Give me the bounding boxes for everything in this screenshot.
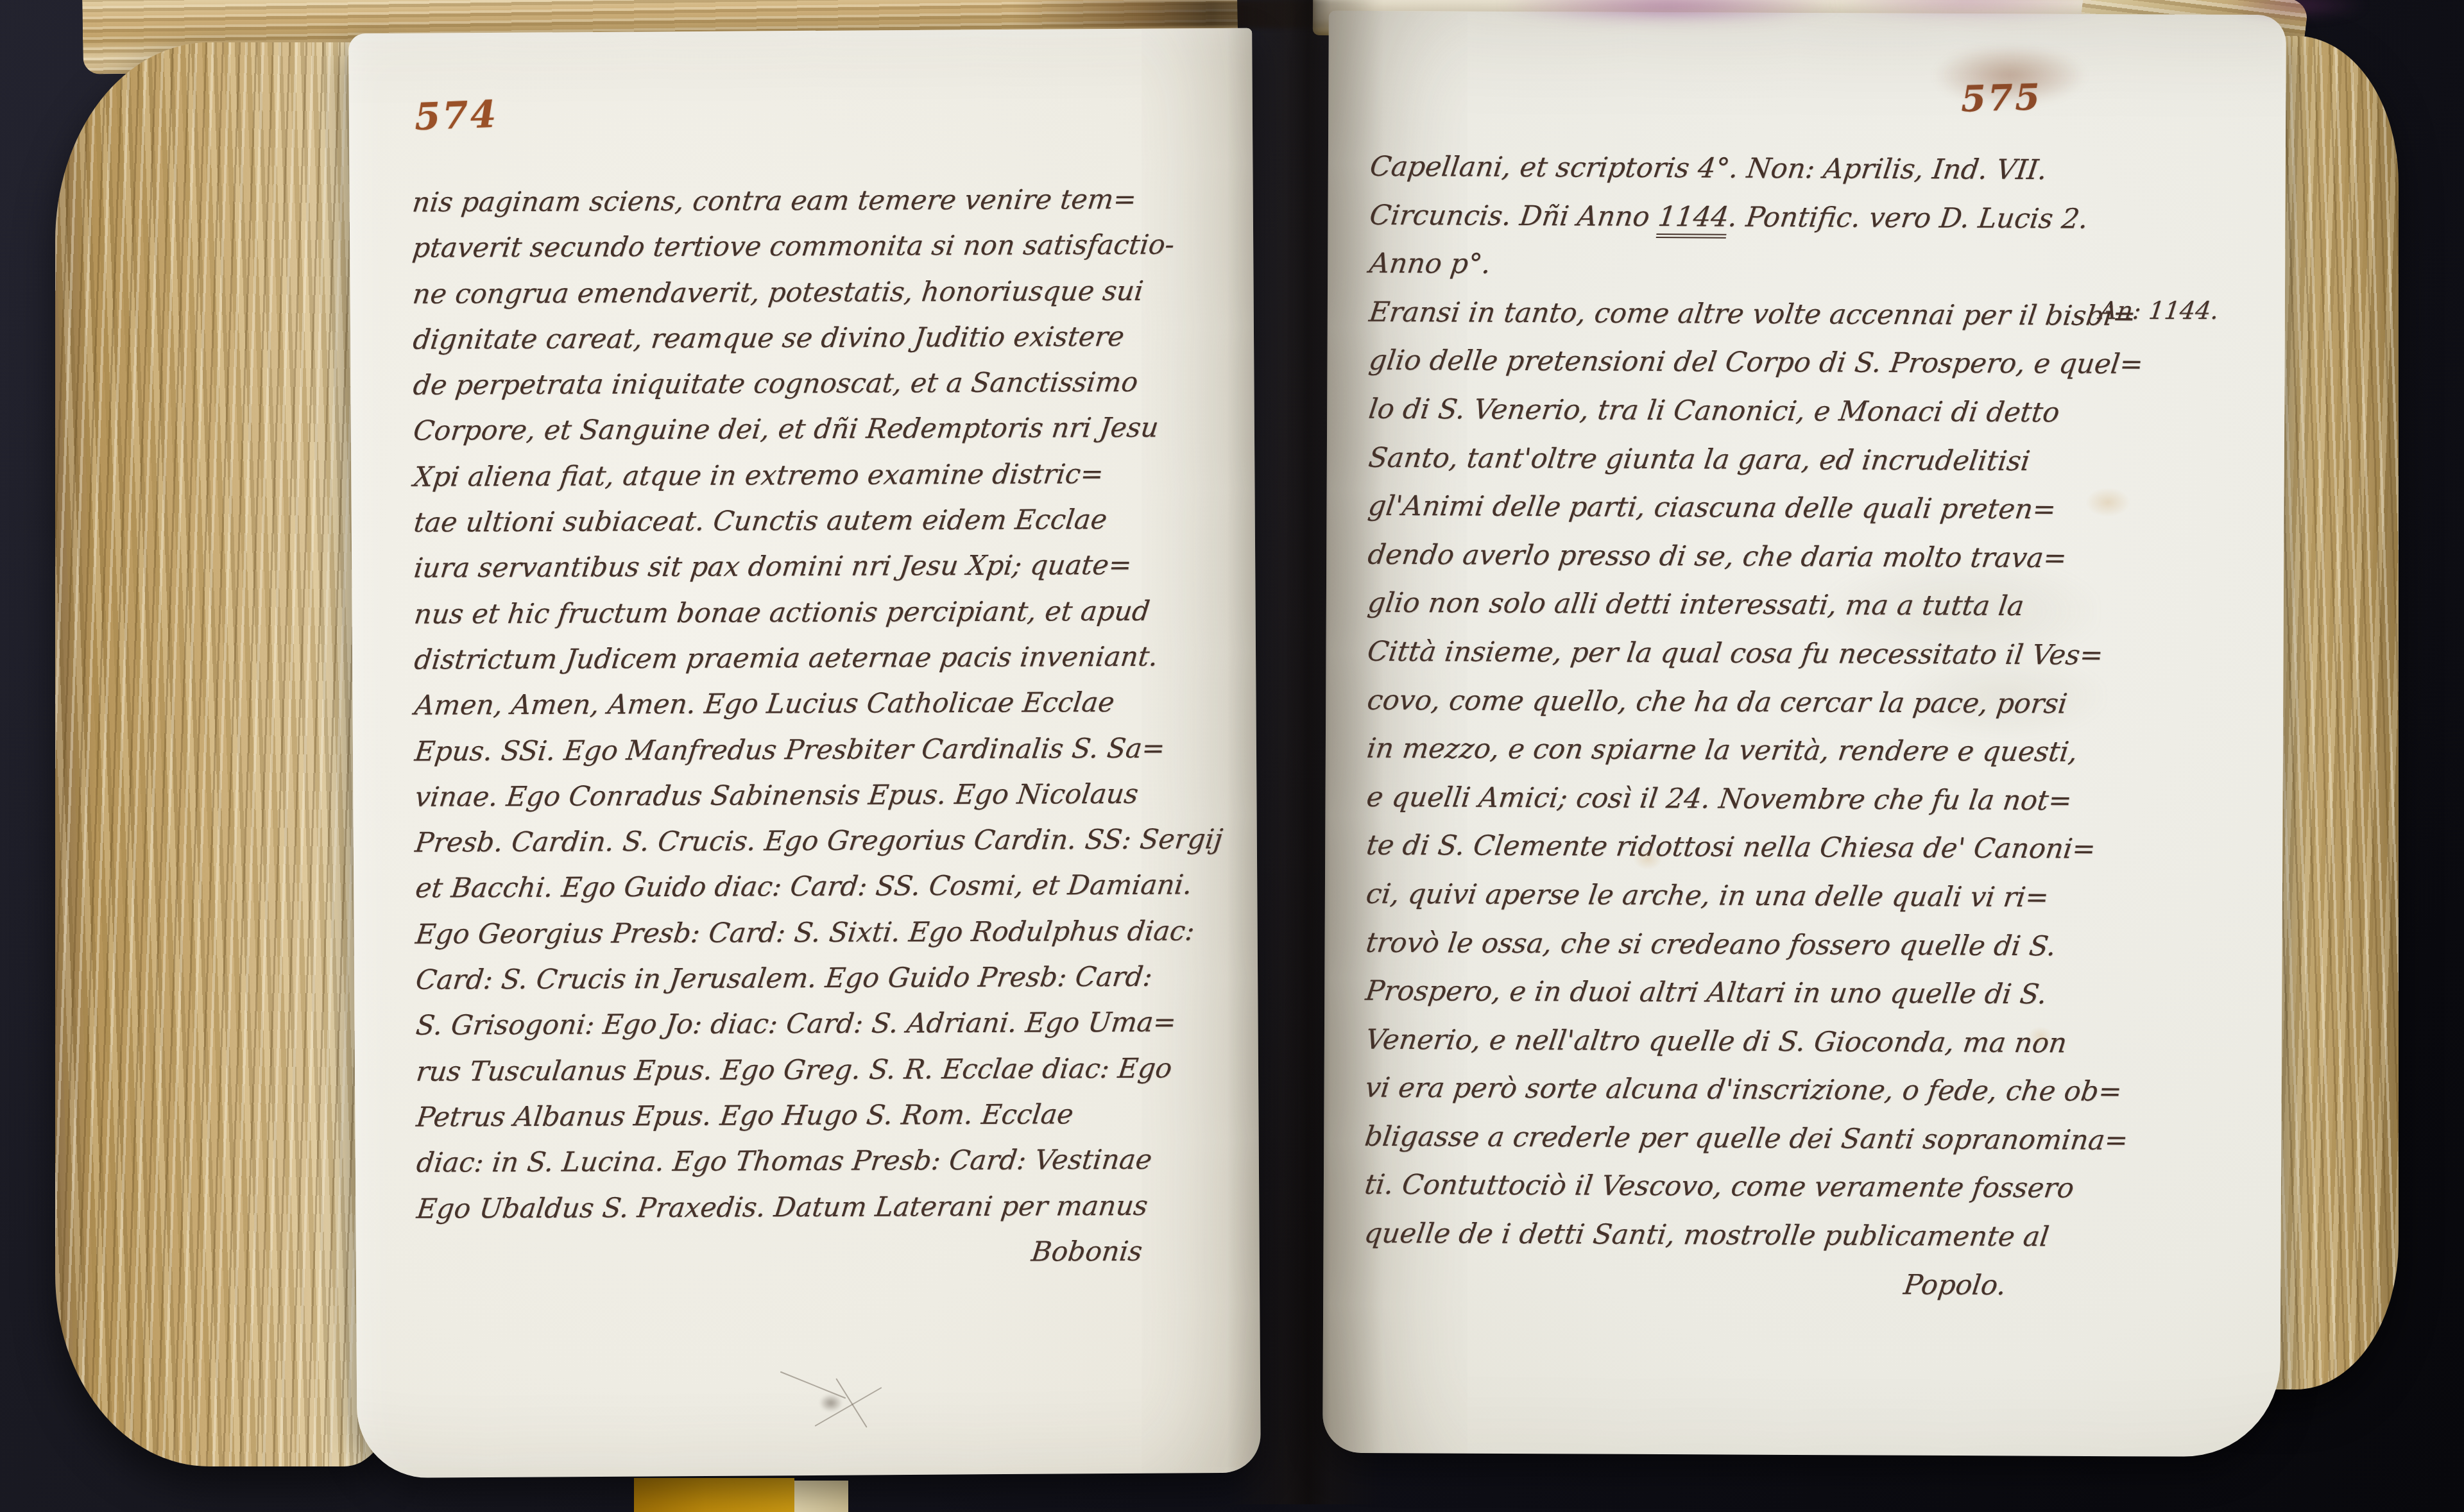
manuscript-line: de perpetrata iniquitate cognoscat, et a… — [411, 359, 1237, 409]
manuscript-line: nis paginam sciens, contra eam temere ve… — [410, 176, 1236, 226]
manuscript-line: trovò le ossa, che si credeano fossero q… — [1363, 919, 2171, 971]
header-date-post: . Pontific. vero D. Lucis 2. — [1727, 201, 2091, 235]
margin-note-year: An: 1144. — [2098, 296, 2220, 325]
manuscript-line: iura servantibus sit pax domini nri Jesu… — [411, 543, 1238, 592]
manuscript-line: in mezzo, e con spiarne la verità, rende… — [1364, 725, 2173, 777]
underlined-year: 1144 — [1656, 201, 1731, 239]
manuscript-line: vinae. Ego Conradus Sabinensis Epus. Ego… — [413, 771, 1239, 820]
right-page-number: 575 — [1960, 76, 2042, 120]
manuscript-book-photo: 574 575 nis paginam sciens, contra eam t… — [0, 0, 2464, 1512]
magenta-smudge — [1495, 0, 1842, 24]
left-page-number: 574 — [414, 92, 499, 139]
manuscript-line: Ego Ubaldus S. Praxedis. Datum Laterani … — [414, 1183, 1240, 1232]
manuscript-line: e quelli Amici; così il 24. Novembre che… — [1364, 773, 2172, 826]
manuscript-line: Eransi in tanto, come altre volte accenn… — [1366, 289, 2175, 341]
manuscript-line: Card: S. Crucis in Jerusalem. Ego Guido … — [413, 954, 1240, 1003]
manuscript-line: covo, come quello, che ha da cercar la p… — [1364, 676, 2173, 729]
book-spine-gap — [1014, 0, 1373, 28]
manuscript-line: gl'Animi delle parti, ciascuna delle qua… — [1365, 482, 2174, 535]
manuscript-line: Anno p°. — [1367, 240, 2175, 293]
manuscript-line: Amen, Amen, Amen. Ego Lucius Catholicae … — [412, 679, 1238, 729]
manuscript-line: Capellani, et scriptoris 4°. Non: Aprili… — [1367, 143, 2175, 196]
manuscript-line: Popolo. — [1361, 1258, 2169, 1311]
manuscript-line: S. Grisogoni: Ego Jo: diac: Card: S. Adr… — [413, 1000, 1240, 1049]
insect-smudge — [803, 1380, 855, 1425]
bookmark-ribbon — [634, 1478, 794, 1512]
manuscript-line: Prospero, e in duoi altri Altari in uno … — [1363, 967, 2171, 1020]
manuscript-line: Ego Georgius Presb: Card: S. Sixti. Ego … — [413, 908, 1240, 958]
manuscript-line: ptaverit secundo tertiove commonita si n… — [410, 222, 1236, 271]
manuscript-line: vi era però sorte alcuna d'inscrizione, … — [1362, 1064, 2171, 1117]
manuscript-line: dignitate careat, reamque se divino Judi… — [411, 314, 1237, 363]
magenta-smudge — [1829, 0, 2105, 19]
manuscript-line: dendo averlo presso di se, che daria mol… — [1365, 531, 2173, 584]
right-page-paragraph: Eransi in tanto, come altre volte accenn… — [1361, 289, 2168, 1311]
manuscript-line: quelle de i detti Santi, mostrolle publi… — [1362, 1210, 2170, 1262]
manuscript-line: districtum Judicem praemia aeternae paci… — [412, 634, 1238, 683]
manuscript-line: Venerio, e nell'altro quelle di S. Gioco… — [1362, 1015, 2171, 1068]
manuscript-line: diac: in S. Lucina. Ego Thomas Presb: Ca… — [414, 1137, 1240, 1186]
header-date-pre: Circuncis. Dñi Anno — [1368, 199, 1661, 232]
bookmark-ribbon-highlight — [794, 1481, 848, 1512]
magenta-smudge — [2227, 0, 2368, 19]
manuscript-line: ti. Contuttociò il Vescovo, come veramen… — [1362, 1161, 2170, 1214]
manuscript-line: Bobonis — [415, 1228, 1241, 1278]
manuscript-line: bligasse a crederle per quelle dei Santi… — [1362, 1113, 2170, 1166]
right-page-text: Capellani, et scriptoris 4°. Non: Aprili… — [1361, 143, 2169, 1311]
book-fore-edge-left — [55, 42, 389, 1466]
manuscript-line: Xpi aliena fiat, atque in extremo examin… — [411, 451, 1237, 500]
manuscript-line: Santo, tant'oltre giunta la gara, ed inc… — [1365, 434, 2174, 486]
manuscript-line: ne congrua emendaverit, potestatis, hono… — [410, 268, 1236, 318]
manuscript-line: Epus. SSi. Ego Manfredus Presbiter Cardi… — [412, 726, 1238, 775]
manuscript-line: Corpore, et Sanguine dei, et dñi Redempt… — [411, 405, 1237, 455]
manuscript-line: glio non solo alli detti interessati, ma… — [1365, 579, 2173, 632]
manuscript-line: ci, quivi aperse le arche, in una delle … — [1363, 871, 2171, 923]
manuscript-line: tae ultioni subiaceat. Cunctis autem eid… — [411, 497, 1238, 546]
manuscript-line: nus et hic fructum bonae actionis percip… — [411, 588, 1238, 638]
left-page-text: nis paginam sciens, contra eam temere ve… — [409, 176, 1235, 1278]
manuscript-line: Città insieme, per la qual cosa fu neces… — [1364, 628, 2173, 681]
manuscript-line: Petrus Albanus Epus. Ego Hugo S. Rom. Ec… — [414, 1091, 1240, 1141]
manuscript-line: te di S. Clemente ridottosi nella Chiesa… — [1364, 822, 2172, 874]
manuscript-line: Circuncis. Dñi Anno 1144. Pontific. vero… — [1367, 191, 2175, 244]
manuscript-line: et Bacchi. Ego Guido diac: Card: SS. Cos… — [413, 863, 1239, 912]
manuscript-line: glio delle pretensioni del Corpo di S. P… — [1366, 337, 2175, 389]
manuscript-line: rus Tusculanus Epus. Ego Greg. S. R. Ecc… — [413, 1046, 1240, 1095]
manuscript-line: Presb. Cardin. S. Crucis. Ego Gregorius … — [413, 817, 1239, 866]
insect-smudge-core — [820, 1395, 842, 1411]
manuscript-line: lo di S. Venerio, tra li Canonici, e Mon… — [1365, 386, 2174, 438]
